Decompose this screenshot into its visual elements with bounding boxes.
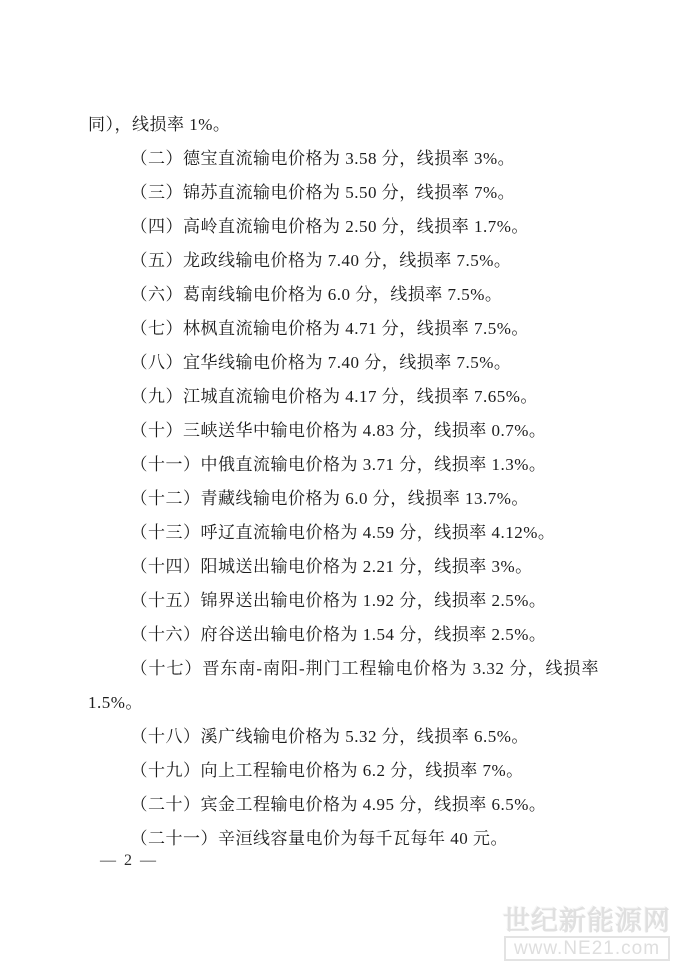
doc-line: （十一）中俄直流输电价格为 3.71 分，线损率 1.3%。 <box>88 448 599 482</box>
doc-line: （十九）向上工程输电价格为 6.2 分，线损率 7%。 <box>88 754 599 788</box>
doc-line: （七）林枫直流输电价格为 4.71 分，线损率 7.5%。 <box>88 312 599 346</box>
document-page: 同），线损率 1%。 （二）德宝直流输电价格为 3.58 分，线损率 3%。 （… <box>0 0 683 965</box>
doc-line: （十二）青藏线输电价格为 6.0 分，线损率 13.7%。 <box>88 482 599 516</box>
doc-line: （十七）晋东南-南阳-荆门工程输电价格为 3.32 分，线损率 1.5%。 <box>88 652 599 720</box>
doc-line: （九）江城直流输电价格为 4.17 分，线损率 7.65%。 <box>88 380 599 414</box>
doc-line: （十）三峡送华中输电价格为 4.83 分，线损率 0.7%。 <box>88 414 599 448</box>
doc-line: （十五）锦界送出输电价格为 1.92 分，线损率 2.5%。 <box>88 584 599 618</box>
doc-line: （二十一）辛洹线容量电价为每千瓦每年 40 元。 <box>88 822 599 856</box>
doc-line: （四）高岭直流输电价格为 2.50 分，线损率 1.7%。 <box>88 210 599 244</box>
doc-line: （十三）呼辽直流输电价格为 4.59 分，线损率 4.12%。 <box>88 516 599 550</box>
watermark-site-name: 世纪新能源网 <box>503 908 671 935</box>
doc-line: （二）德宝直流输电价格为 3.58 分，线损率 3%。 <box>88 142 599 176</box>
doc-line: （八）宜华线输电价格为 7.40 分，线损率 7.5%。 <box>88 346 599 380</box>
doc-line: （二十）宾金工程输电价格为 4.95 分，线损率 6.5%。 <box>88 788 599 822</box>
document-body: 同），线损率 1%。 （二）德宝直流输电价格为 3.58 分，线损率 3%。 （… <box>88 108 599 856</box>
doc-line: （十八）溪广线输电价格为 5.32 分，线损率 6.5%。 <box>88 720 599 754</box>
doc-line: （三）锦苏直流输电价格为 5.50 分，线损率 7%。 <box>88 176 599 210</box>
doc-line: 同），线损率 1%。 <box>88 108 599 142</box>
page-number: — 2 — <box>100 852 158 870</box>
doc-line: （十四）阳城送出输电价格为 2.21 分，线损率 3%。 <box>88 550 599 584</box>
watermark-site-url: www.NE21.com <box>504 936 670 961</box>
doc-line: （六）葛南线输电价格为 6.0 分，线损率 7.5%。 <box>88 278 599 312</box>
doc-line: （十六）府谷送出输电价格为 1.54 分，线损率 2.5%。 <box>88 618 599 652</box>
doc-line: （五）龙政线输电价格为 7.40 分，线损率 7.5%。 <box>88 244 599 278</box>
watermark: 世纪新能源网 www.NE21.com <box>503 908 671 961</box>
